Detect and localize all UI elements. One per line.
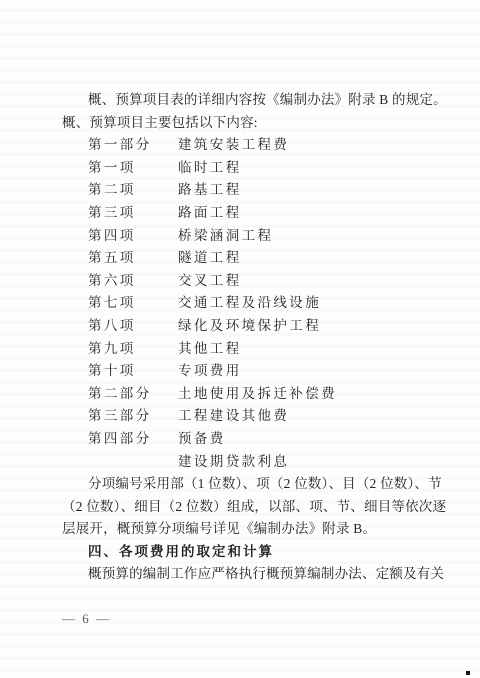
- list-item: 第一部分 建筑安装工程费: [62, 134, 440, 157]
- item-label: 第六项: [88, 270, 178, 293]
- list-item: 第四项 桥梁涵洞工程: [62, 225, 440, 248]
- item-label: 第五项: [88, 247, 178, 270]
- scan-artifact-dot: [466, 671, 470, 675]
- numbering-line-1: 分项编号采用部（1 位数）、项（2 位数）、目（2 位数）、节: [62, 473, 440, 496]
- list-item: 第六项 交叉工程: [62, 270, 440, 293]
- item-value: 临时工程: [178, 157, 440, 180]
- item-value: 绿化及环境保护工程: [178, 315, 440, 338]
- item-value: 建筑安装工程费: [178, 134, 440, 157]
- item-label: 第三部分: [88, 405, 178, 428]
- item-label: 第二项: [88, 179, 178, 202]
- document-body: 概、预算项目表的详细内容按《编制办法》附录 B 的规定。 概、预算项目主要包括以…: [62, 89, 440, 586]
- list-item: 建设期贷款利息: [62, 451, 440, 474]
- document-page: 概、预算项目表的详细内容按《编制办法》附录 B 的规定。 概、预算项目主要包括以…: [0, 0, 480, 678]
- item-value: 工程建设其他费: [178, 405, 440, 428]
- item-value: 预备费: [178, 428, 440, 451]
- list-item: 第二项 路基工程: [62, 179, 440, 202]
- list-item: 第八项 绿化及环境保护工程: [62, 315, 440, 338]
- item-value: 其他工程: [178, 338, 440, 361]
- item-label: 第七项: [88, 292, 178, 315]
- list-item: 第七项 交通工程及沿线设施: [62, 292, 440, 315]
- item-label: 第一部分: [88, 134, 178, 157]
- item-label: 第二部分: [88, 383, 178, 406]
- list-item: 第十项 专项费用: [62, 360, 440, 383]
- list-item: 第一项 临时工程: [62, 157, 440, 180]
- item-value: 桥梁涵洞工程: [178, 225, 440, 248]
- item-label: 第八项: [88, 315, 178, 338]
- list-item: 第九项 其他工程: [62, 338, 440, 361]
- item-value: 交叉工程: [178, 270, 440, 293]
- item-label: 第四项: [88, 225, 178, 248]
- section-heading: 四、各项费用的取定和计算: [62, 541, 440, 564]
- item-label: 第九项: [88, 338, 178, 361]
- item-value: 建设期贷款利息: [178, 451, 440, 474]
- numbering-line-3: 层展开，概预算分项编号详见《编制办法》附录 B。: [62, 518, 440, 541]
- item-value: 专项费用: [178, 360, 440, 383]
- item-value: 隧道工程: [178, 247, 440, 270]
- item-label: 第一项: [88, 157, 178, 180]
- list-item: 第三部分 工程建设其他费: [62, 405, 440, 428]
- item-value: 土地使用及拆迁补偿费: [178, 383, 440, 406]
- item-label: 第三项: [88, 202, 178, 225]
- list-item: 第五项 隧道工程: [62, 247, 440, 270]
- item-label: [88, 451, 178, 474]
- closing-line: 概预算的编制工作应严格执行概预算编制办法、定额及有关: [62, 563, 440, 586]
- list-item: 第三项 路面工程: [62, 202, 440, 225]
- page-number: — 6 —: [62, 611, 111, 627]
- item-label: 第十项: [88, 360, 178, 383]
- list-item: 第二部分 土地使用及拆迁补偿费: [62, 383, 440, 406]
- list-item: 第四部分 预备费: [62, 428, 440, 451]
- item-value: 交通工程及沿线设施: [178, 292, 440, 315]
- item-label: 第四部分: [88, 428, 178, 451]
- item-value: 路面工程: [178, 202, 440, 225]
- item-value: 路基工程: [178, 179, 440, 202]
- intro-line-2: 概、预算项目主要包括以下内容:: [62, 112, 440, 135]
- intro-line-1: 概、预算项目表的详细内容按《编制办法》附录 B 的规定。: [62, 89, 440, 112]
- numbering-line-2: （2 位数）、细目（2 位数）组成，以部、项、节、细目等依次逐: [62, 496, 440, 519]
